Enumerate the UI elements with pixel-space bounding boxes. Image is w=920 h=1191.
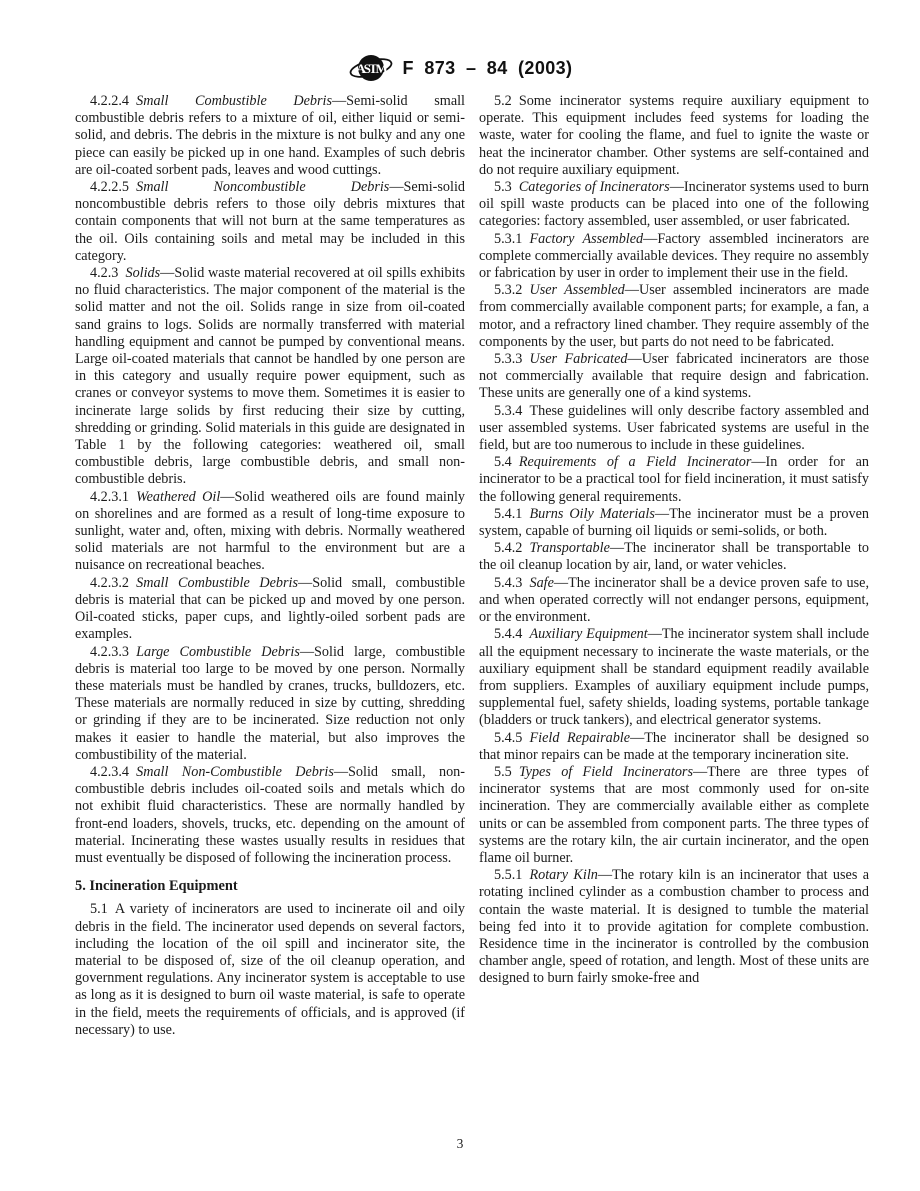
svg-text:ASTM: ASTM bbox=[356, 61, 387, 76]
clause-term: Safe bbox=[529, 575, 553, 591]
clause-term: Field Repairable bbox=[529, 730, 630, 746]
clause-4.2.3.2: 4.2.3.2 Small Combustible Debris—Solid s… bbox=[75, 575, 465, 644]
clause-term: Small Non-Combustible Debris bbox=[136, 764, 334, 780]
two-column-body: 4.2.2.4 Small Combustible Debris—Semi-so… bbox=[75, 93, 869, 1039]
right-column: 5.2 Some incinerator systems require aux… bbox=[479, 93, 869, 1039]
clause-5.4.2: 5.4.2 Transportable—The incinerator shal… bbox=[479, 540, 869, 574]
clause-term: User Assembled bbox=[529, 282, 624, 298]
clause-4.2.3.4: 4.2.3.4 Small Non-Combustible Debris—Sol… bbox=[75, 764, 465, 867]
clause-term: Small Combustible Debris bbox=[136, 575, 298, 591]
section-heading: 5. Incineration Equipment bbox=[75, 878, 465, 895]
clause-number: 4.2.3.3 bbox=[90, 644, 136, 660]
clause-4.2.3.3: 4.2.3.3 Large Combustible Debris—Solid l… bbox=[75, 644, 465, 764]
clause-4.2.3.1: 4.2.3.1 Weathered Oil—Solid weathered oi… bbox=[75, 489, 465, 575]
clause-4.2.2.4: 4.2.2.4 Small Combustible Debris—Semi-so… bbox=[75, 93, 465, 179]
document-header: ASTM F 873 – 84 (2003) bbox=[0, 48, 920, 88]
clause-term: Categories of Incinerators bbox=[519, 179, 670, 195]
page-number: 3 bbox=[457, 1136, 464, 1151]
clause-term: Factory Assembled bbox=[529, 231, 643, 247]
clause-number: 5.3.1 bbox=[494, 231, 529, 247]
clause-number: 5.3.3 bbox=[494, 351, 529, 367]
clause-term: Burns Oily Materials bbox=[529, 506, 654, 522]
clause-5.5: 5.5 Types of Field Incinerators—There ar… bbox=[479, 764, 869, 867]
left-column: 4.2.2.4 Small Combustible Debris—Semi-so… bbox=[75, 93, 465, 1039]
page-footer: 3 bbox=[0, 1135, 920, 1153]
clause-term: Weathered Oil bbox=[136, 489, 220, 505]
clause-5.3.2: 5.3.2 User Assembled—User assembled inci… bbox=[479, 282, 869, 351]
clause-term: Transportable bbox=[529, 540, 609, 556]
clause-number: 5.4.4 bbox=[494, 626, 529, 642]
clause-number: 5.3.2 bbox=[494, 282, 529, 298]
clause-term: User Fabricated bbox=[529, 351, 627, 367]
standard-designation: F 873 – 84 (2003) bbox=[403, 58, 573, 79]
clause-5.4.3: 5.4.3 Safe—The incinerator shall be a de… bbox=[479, 575, 869, 627]
clause-number: 4.2.3 bbox=[90, 265, 125, 281]
clause-5.3.3: 5.3.3 User Fabricated—User fabricated in… bbox=[479, 351, 869, 403]
clause-5.3.4: 5.3.4 These guidelines will only describ… bbox=[479, 403, 869, 455]
clause-term: Rotary Kiln bbox=[529, 867, 597, 883]
clause-5.2: 5.2 Some incinerator systems require aux… bbox=[479, 93, 869, 179]
clause-number: 5.3 bbox=[494, 179, 519, 195]
clause-number: 5.5 bbox=[494, 764, 519, 780]
clause-5.4.4: 5.4.4 Auxiliary Equipment—The incinerato… bbox=[479, 626, 869, 729]
clause-term: Small Noncombustible Debris bbox=[136, 179, 389, 195]
clause-5.4.5: 5.4.5 Field Repairable—The incinerator s… bbox=[479, 730, 869, 764]
clause-term: Large Combustible Debris bbox=[136, 644, 300, 660]
clause-number: 5.2 bbox=[494, 93, 519, 109]
astm-logo: ASTM bbox=[348, 49, 394, 87]
clause-number: 5.4.3 bbox=[494, 575, 529, 591]
clause-number: 5.4.1 bbox=[494, 506, 529, 522]
clause-term: Requirements of a Field Incinerator bbox=[519, 454, 752, 470]
clause-number: 4.2.2.5 bbox=[90, 179, 136, 195]
document-page: ASTM F 873 – 84 (2003) 4.2.2.4 Small Com… bbox=[0, 0, 920, 1191]
clause-5.3: 5.3 Categories of Incinerators—Incinerat… bbox=[479, 179, 869, 231]
clause-4.2.3: 4.2.3 Solids—Solid waste material recove… bbox=[75, 265, 465, 489]
clause-number: 5.4.2 bbox=[494, 540, 529, 556]
clause-term: Small Combustible Debris bbox=[136, 93, 332, 109]
clause-4.2.2.5: 4.2.2.5 Small Noncombustible Debris—Semi… bbox=[75, 179, 465, 265]
clause-number: 4.2.3.1 bbox=[90, 489, 136, 505]
clause-number: 5.4 bbox=[494, 454, 519, 470]
clause-term: Solids bbox=[125, 265, 160, 281]
clause-5.4: 5.4 Requirements of a Field Incinerator—… bbox=[479, 454, 869, 506]
clause-number: 5.3.4 bbox=[494, 403, 529, 419]
clause-5.1: 5.1 A variety of incinerators are used t… bbox=[75, 901, 465, 1039]
clause-5.5.1: 5.5.1 Rotary Kiln—The rotary kiln is an … bbox=[479, 867, 869, 987]
clause-term: Types of Field Incinerators bbox=[519, 764, 693, 780]
clause-number: 4.2.3.2 bbox=[90, 575, 136, 591]
clause-number: 5.4.5 bbox=[494, 730, 529, 746]
clause-term: Auxiliary Equipment bbox=[529, 626, 647, 642]
clause-5.3.1: 5.3.1 Factory Assembled—Factory assemble… bbox=[479, 231, 869, 283]
clause-5.4.1: 5.4.1 Burns Oily Materials—The incinerat… bbox=[479, 506, 869, 540]
clause-number: 4.2.2.4 bbox=[90, 93, 136, 109]
clause-number: 5.5.1 bbox=[494, 867, 529, 883]
clause-number: 5.1 bbox=[90, 901, 115, 917]
clause-number: 4.2.3.4 bbox=[90, 764, 136, 780]
